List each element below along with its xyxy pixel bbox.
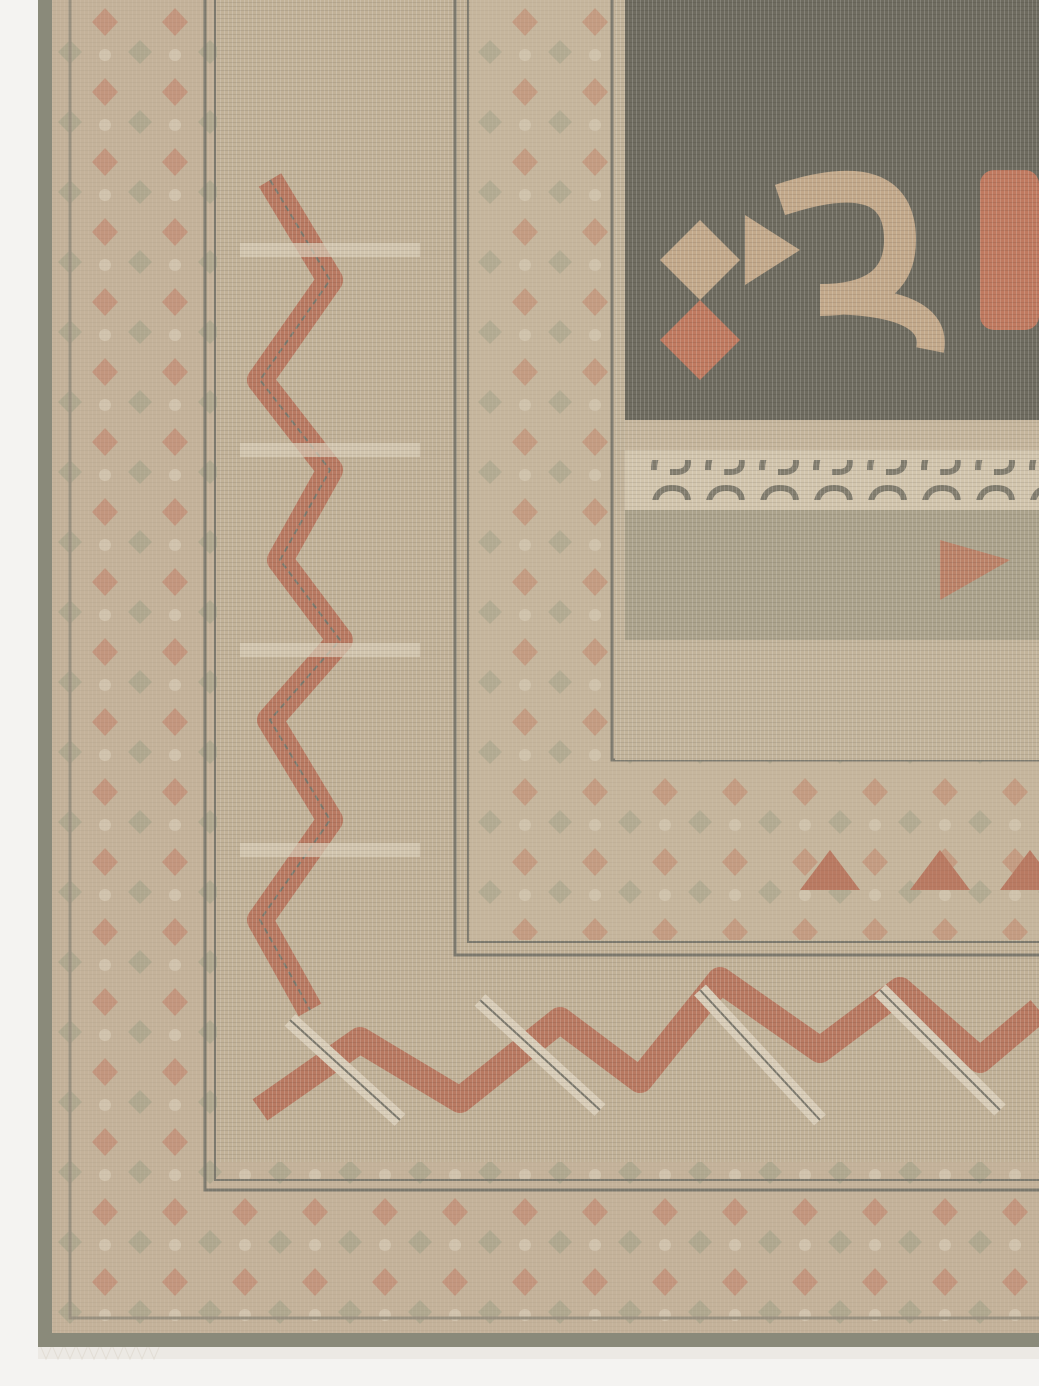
fringe [38,1345,1039,1359]
rug-photo [0,0,1039,1386]
rug-illustration [0,0,1039,1386]
